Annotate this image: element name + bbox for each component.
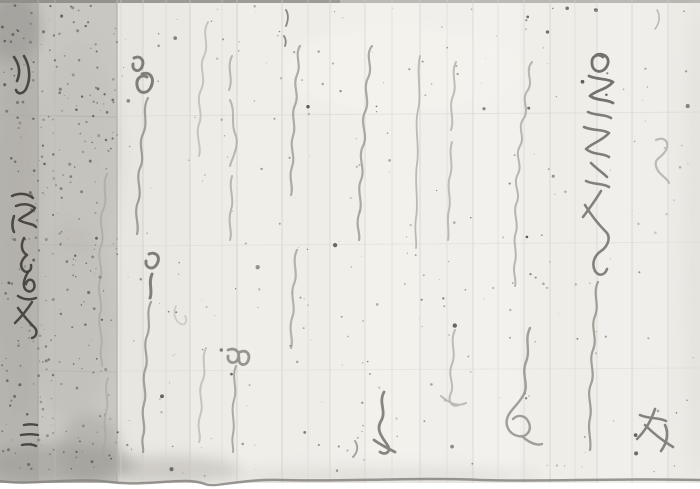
top-edge-shadow-left xyxy=(0,0,340,3)
foxing-specks-strip xyxy=(95,148,96,149)
foxing-specks-main xyxy=(206,306,208,308)
foxing-specks-strip xyxy=(81,368,82,369)
foxing-specks-strip xyxy=(32,79,35,82)
foxing-specks-main xyxy=(453,221,456,224)
foxing-specks-strip xyxy=(67,97,68,98)
foxing-specks-strip xyxy=(42,361,44,363)
foxing-flecks-large xyxy=(634,451,638,455)
foxing-specks-strip xyxy=(48,358,51,361)
foxing-specks-strip xyxy=(11,282,14,285)
foxing-specks-strip xyxy=(22,101,25,104)
foxing-specks-strip xyxy=(53,449,55,451)
foxing-specks-main xyxy=(266,63,267,64)
foxing-specks-main xyxy=(204,174,206,176)
foxing-specks-main xyxy=(222,38,224,40)
foxing-specks-main xyxy=(448,334,450,336)
foxing-specks-main xyxy=(258,288,260,290)
foxing-specks-main xyxy=(556,96,557,97)
foxing-specks-main xyxy=(442,297,444,299)
foxing-specks-strip xyxy=(99,415,101,417)
foxing-specks-strip xyxy=(17,340,19,342)
foxing-specks-strip xyxy=(52,374,55,377)
foxing-specks-strip xyxy=(91,137,92,138)
foxing-specks-strip xyxy=(30,468,32,470)
foxing-specks-main xyxy=(422,326,423,327)
foxing-specks-strip xyxy=(91,460,94,463)
foxing-specks-strip xyxy=(40,127,42,129)
foxing-specks-main xyxy=(178,273,180,275)
foxing-specks-strip xyxy=(1,364,3,366)
foxing-specks-strip xyxy=(3,83,6,86)
foxing-specks-strip xyxy=(46,368,48,370)
foxing-specks-strip xyxy=(64,55,66,57)
foxing-specks-strip xyxy=(52,253,54,255)
foxing-specks-main xyxy=(204,475,206,477)
foxing-specks-main xyxy=(232,211,233,212)
foxing-specks-main xyxy=(443,305,445,307)
foxing-specks-strip xyxy=(45,345,48,348)
foxing-specks-main xyxy=(439,279,440,280)
foxing-specks-strip xyxy=(13,238,16,241)
foxing-specks-main xyxy=(260,168,262,170)
foxing-specks-strip xyxy=(85,262,87,264)
foxing-specks-strip xyxy=(82,451,83,452)
foxing-specks-strip xyxy=(33,175,34,176)
foxing-specks-strip xyxy=(80,190,83,193)
foxing-flecks-large xyxy=(306,105,309,108)
foxing-specks-strip xyxy=(25,49,26,50)
panel-band xyxy=(237,0,282,484)
foxing-specks-strip xyxy=(89,160,92,163)
foxing-specks-main xyxy=(362,320,364,322)
foxing-specks-main xyxy=(238,41,239,42)
foxing-specks-strip xyxy=(70,175,73,178)
foxing-specks-strip xyxy=(72,264,74,266)
foxing-specks-strip xyxy=(46,434,49,437)
foxing-specks-main xyxy=(175,311,177,313)
foxing-specks-main xyxy=(693,357,694,358)
foxing-specks-strip xyxy=(39,361,40,362)
foxing-specks-main xyxy=(645,120,646,121)
foxing-specks-strip xyxy=(49,49,51,51)
foxing-specks-strip xyxy=(9,404,11,406)
foxing-specks-strip xyxy=(37,374,40,377)
foxing-specks-main xyxy=(362,362,363,363)
foxing-specks-main xyxy=(383,82,384,83)
foxing-specks-main xyxy=(318,444,320,446)
foxing-flecks-large xyxy=(581,80,585,84)
foxing-specks-strip xyxy=(37,347,40,350)
foxing-specks-main xyxy=(304,298,305,299)
foxing-specks-main xyxy=(576,338,578,340)
foxing-specks-strip xyxy=(32,118,34,120)
foxing-specks-strip xyxy=(6,370,8,372)
center-light-patch xyxy=(280,25,520,115)
foxing-specks-strip xyxy=(52,177,55,180)
foxing-flecks-large xyxy=(482,107,485,110)
foxing-specks-main xyxy=(168,311,170,313)
foxing-specks-main xyxy=(664,147,666,149)
foxing-specks-main xyxy=(172,355,173,356)
foxing-specks-main xyxy=(194,116,196,118)
foxing-specks-strip xyxy=(39,160,40,161)
foxing-specks-strip xyxy=(31,59,32,60)
foxing-specks-strip xyxy=(87,291,90,294)
foxing-specks-strip xyxy=(60,383,62,385)
foxing-specks-strip xyxy=(103,103,104,104)
foxing-specks-strip xyxy=(70,6,72,8)
foxing-specks-strip xyxy=(57,213,58,214)
foxing-specks-strip xyxy=(53,133,54,134)
foxing-specks-main xyxy=(446,47,448,49)
foxing-specks-main xyxy=(157,45,160,48)
foxing-specks-strip xyxy=(82,424,85,427)
foxing-specks-strip xyxy=(104,368,107,371)
foxing-specks-strip xyxy=(32,259,35,262)
foxing-flecks-large xyxy=(526,16,529,19)
foxing-specks-main xyxy=(361,256,362,257)
foxing-specks-strip xyxy=(20,365,22,367)
foxing-specks-strip xyxy=(52,153,54,155)
foxing-specks-strip xyxy=(44,194,45,195)
foxing-specks-strip xyxy=(49,19,50,20)
foxing-specks-main xyxy=(308,113,311,116)
foxing-specks-strip xyxy=(59,232,61,234)
foxing-specks-main xyxy=(529,273,531,275)
foxing-flecks-large xyxy=(453,323,457,327)
foxing-specks-strip xyxy=(1,430,3,432)
foxing-specks-strip xyxy=(79,133,81,135)
foxing-specks-strip xyxy=(90,270,91,271)
foxing-specks-strip xyxy=(6,379,9,382)
foxing-specks-strip xyxy=(103,290,104,291)
foxing-specks-main xyxy=(674,465,675,466)
foxing-specks-main xyxy=(681,145,683,147)
foxing-specks-strip xyxy=(103,93,105,95)
foxing-specks-strip xyxy=(58,92,61,95)
foxing-specks-main xyxy=(334,11,335,12)
panel-band xyxy=(597,0,632,484)
foxing-specks-main xyxy=(552,8,554,10)
foxing-specks-main xyxy=(216,57,218,59)
foxing-specks-strip xyxy=(95,182,96,183)
foxing-specks-strip xyxy=(87,21,89,23)
foxing-specks-main xyxy=(546,287,548,289)
foxing-specks-strip xyxy=(28,337,30,339)
foxing-specks-strip xyxy=(52,418,53,419)
foxing-specks-strip xyxy=(18,383,21,386)
foxing-specks-strip xyxy=(71,468,72,469)
foxing-specks-main xyxy=(595,331,596,332)
foxing-specks-strip xyxy=(60,309,61,310)
foxing-specks-strip xyxy=(41,44,42,45)
foxing-specks-strip xyxy=(78,218,80,220)
foxing-specks-main xyxy=(174,354,175,355)
foxing-specks-strip xyxy=(35,203,36,204)
foxing-specks-main xyxy=(404,283,406,285)
foxing-specks-main xyxy=(688,163,689,164)
foxing-specks-main xyxy=(176,19,177,20)
foxing-specks-main xyxy=(359,164,361,166)
foxing-specks-strip xyxy=(113,243,114,244)
foxing-specks-main xyxy=(347,336,349,338)
foxing-specks-strip xyxy=(67,238,68,239)
foxing-specks-strip xyxy=(11,33,14,36)
foxing-specks-strip xyxy=(58,33,60,35)
foxing-specks-strip xyxy=(42,145,44,147)
foxing-specks-strip xyxy=(61,231,63,233)
foxing-specks-main xyxy=(293,51,295,53)
foxing-specks-main xyxy=(338,445,340,447)
foxing-specks-strip xyxy=(30,12,33,15)
foxing-specks-main xyxy=(483,299,484,300)
foxing-specks-main xyxy=(470,217,472,219)
foxing-specks-strip xyxy=(48,116,50,118)
foxing-specks-main xyxy=(613,420,614,421)
foxing-specks-main xyxy=(685,70,687,72)
foxing-specks-strip xyxy=(19,467,21,469)
foxing-specks-main xyxy=(182,473,183,474)
foxing-specks-main xyxy=(534,154,535,155)
foxing-specks-strip xyxy=(97,134,100,137)
foxing-specks-strip xyxy=(66,260,69,263)
foxing-specks-strip xyxy=(60,313,63,316)
foxing-specks-strip xyxy=(84,141,86,143)
foxing-specks-strip xyxy=(85,121,87,123)
foxing-specks-main xyxy=(535,277,537,279)
foxing-specks-main xyxy=(362,425,364,427)
foxing-specks-strip xyxy=(28,238,30,240)
foxing-specks-main xyxy=(564,465,565,466)
foxing-specks-strip xyxy=(75,260,76,261)
foxing-specks-strip xyxy=(112,132,113,133)
foxing-flecks-large xyxy=(333,243,337,247)
foxing-specks-strip xyxy=(40,401,43,404)
foxing-flecks-large xyxy=(527,107,530,110)
foxing-specks-main xyxy=(492,287,494,289)
foxing-specks-main xyxy=(254,445,255,446)
foxing-specks-strip xyxy=(2,283,3,284)
foxing-specks-strip xyxy=(44,329,45,330)
foxing-specks-strip xyxy=(12,238,13,239)
foxing-specks-strip xyxy=(43,163,46,166)
foxing-specks-strip xyxy=(19,263,20,264)
foxing-specks-strip xyxy=(7,298,9,300)
foxing-specks-main xyxy=(431,83,433,85)
foxing-specks-strip xyxy=(13,395,16,398)
foxing-specks-strip xyxy=(37,438,40,441)
foxing-specks-strip xyxy=(56,66,58,68)
foxing-specks-strip xyxy=(100,370,101,371)
foxing-specks-strip xyxy=(110,458,112,460)
foxing-specks-main xyxy=(415,254,417,256)
foxing-specks-strip xyxy=(10,68,12,70)
foxing-specks-main xyxy=(610,258,611,259)
foxing-specks-main xyxy=(549,261,551,263)
foxing-specks-main xyxy=(514,154,516,156)
foxing-flecks-large xyxy=(565,7,569,11)
foxing-specks-strip xyxy=(28,456,29,457)
foxing-specks-main xyxy=(378,387,380,389)
foxing-specks-strip xyxy=(94,212,96,214)
foxing-specks-main xyxy=(406,236,407,237)
foxing-specks-main xyxy=(220,118,222,120)
foxing-specks-main xyxy=(280,77,282,79)
foxing-specks-main xyxy=(289,157,291,159)
foxing-specks-strip xyxy=(31,87,32,88)
foxing-specks-main xyxy=(255,469,256,470)
foxing-specks-strip xyxy=(96,66,98,68)
foxing-specks-strip xyxy=(84,323,87,326)
foxing-specks-strip xyxy=(90,94,91,95)
foxing-specks-strip xyxy=(29,191,32,194)
foxing-specks-main xyxy=(679,166,681,168)
foxing-specks-strip xyxy=(55,184,57,186)
foxing-specks-strip xyxy=(92,443,94,445)
foxing-specks-main xyxy=(499,397,500,398)
foxing-specks-main xyxy=(254,100,255,101)
foxing-specks-strip xyxy=(2,450,5,453)
foxing-specks-main xyxy=(589,282,591,284)
foxing-specks-strip xyxy=(47,187,48,188)
foxing-specks-strip xyxy=(10,157,13,160)
foxing-specks-main xyxy=(634,141,636,143)
foxing-flecks-large xyxy=(552,175,555,178)
foxing-specks-strip xyxy=(72,73,75,76)
foxing-specks-strip xyxy=(39,396,41,398)
foxing-specks-main xyxy=(188,160,189,161)
foxing-specks-strip xyxy=(64,95,65,96)
foxing-specks-main xyxy=(376,303,379,306)
foxing-specks-strip xyxy=(29,22,31,24)
foxing-specks-main xyxy=(356,138,357,139)
foxing-specks-strip xyxy=(95,87,97,89)
foxing-specks-strip xyxy=(54,59,56,61)
foxing-specks-strip xyxy=(84,25,86,27)
foxing-specks-strip xyxy=(96,50,98,52)
foxing-specks-main xyxy=(548,168,550,170)
foxing-specks-main xyxy=(638,271,640,273)
foxing-specks-strip xyxy=(14,161,17,164)
foxing-specks-strip xyxy=(101,319,103,321)
foxing-specks-strip xyxy=(10,40,13,43)
foxing-specks-strip xyxy=(41,325,42,326)
foxing-specks-main xyxy=(321,83,323,85)
foxing-specks-main xyxy=(307,305,308,306)
foxing-specks-strip xyxy=(18,171,19,172)
foxing-flecks-large xyxy=(634,433,638,437)
foxing-specks-main xyxy=(339,90,341,92)
foxing-specks-strip xyxy=(6,424,7,425)
foxing-specks-strip xyxy=(92,115,94,117)
foxing-specks-strip xyxy=(60,187,63,190)
foxing-specks-main xyxy=(525,19,527,21)
foxing-specks-main xyxy=(318,50,320,52)
foxing-specks-strip xyxy=(45,276,46,277)
foxing-specks-main xyxy=(300,297,302,299)
foxing-specks-strip xyxy=(1,26,4,29)
foxing-specks-strip xyxy=(61,197,63,199)
foxing-specks-main xyxy=(436,190,437,191)
foxing-specks-strip xyxy=(78,59,80,61)
foxing-specks-strip xyxy=(29,41,32,44)
foxing-specks-strip xyxy=(51,425,52,426)
foxing-specks-strip xyxy=(114,89,116,91)
foxing-specks-strip xyxy=(79,440,81,442)
foxing-specks-strip xyxy=(110,148,112,150)
foxing-specks-strip xyxy=(74,254,76,256)
foxing-specks-strip xyxy=(83,301,85,303)
foxing-specks-main xyxy=(647,337,649,339)
foxing-specks-main xyxy=(457,73,459,75)
foxing-specks-main xyxy=(295,197,296,198)
foxing-specks-strip xyxy=(96,202,98,204)
foxing-specks-main xyxy=(277,35,279,37)
foxing-specks-main xyxy=(387,132,389,134)
foxing-specks-main xyxy=(395,418,397,420)
foxing-specks-main xyxy=(528,395,529,396)
foxing-specks-main xyxy=(157,81,159,83)
foxing-specks-strip xyxy=(97,87,100,90)
foxing-specks-main xyxy=(673,199,674,200)
foxing-specks-main xyxy=(160,411,162,413)
foxing-specks-strip xyxy=(49,453,51,455)
foxing-specks-main xyxy=(338,241,339,242)
foxing-specks-main xyxy=(419,318,420,319)
foxing-specks-main xyxy=(509,337,511,339)
foxing-specks-strip xyxy=(75,276,77,278)
foxing-specks-strip xyxy=(105,168,107,170)
foxing-specks-main xyxy=(584,436,586,438)
foxing-specks-main xyxy=(637,223,640,226)
foxing-specks-strip xyxy=(50,339,52,341)
foxing-specks-main xyxy=(502,236,504,238)
foxing-specks-main xyxy=(610,170,611,171)
foxing-specks-main xyxy=(169,382,170,383)
foxing-specks-strip xyxy=(73,21,75,23)
foxing-specks-strip xyxy=(42,192,44,194)
foxing-specks-main xyxy=(623,89,624,90)
foxing-specks-main xyxy=(310,339,311,340)
foxing-specks-strip xyxy=(52,298,55,301)
foxing-specks-main xyxy=(211,438,212,439)
foxing-specks-strip xyxy=(13,75,15,77)
foxing-specks-strip xyxy=(29,330,31,332)
foxing-specks-main xyxy=(255,11,256,12)
foxing-specks-main xyxy=(273,118,275,120)
foxing-specks-main xyxy=(241,443,244,446)
foxing-specks-main xyxy=(408,68,410,70)
foxing-specks-main xyxy=(421,299,423,301)
foxing-specks-strip xyxy=(36,219,38,221)
foxing-specks-strip xyxy=(112,78,115,81)
foxing-specks-strip xyxy=(24,265,27,268)
foxing-specks-main xyxy=(332,62,334,64)
foxing-specks-strip xyxy=(81,95,83,97)
foxing-specks-main xyxy=(129,420,130,421)
foxing-specks-strip xyxy=(100,110,101,111)
foxing-specks-main xyxy=(214,315,215,316)
foxing-specks-strip xyxy=(42,30,45,33)
foxing-specks-main xyxy=(556,464,558,466)
foxing-flecks-large xyxy=(160,394,164,398)
foxing-specks-strip xyxy=(117,431,119,433)
foxing-specks-strip xyxy=(96,102,98,104)
foxing-specks-main xyxy=(396,436,398,438)
foxing-specks-strip xyxy=(94,249,95,250)
foxing-specks-strip xyxy=(69,181,71,183)
foxing-specks-strip xyxy=(81,304,83,306)
